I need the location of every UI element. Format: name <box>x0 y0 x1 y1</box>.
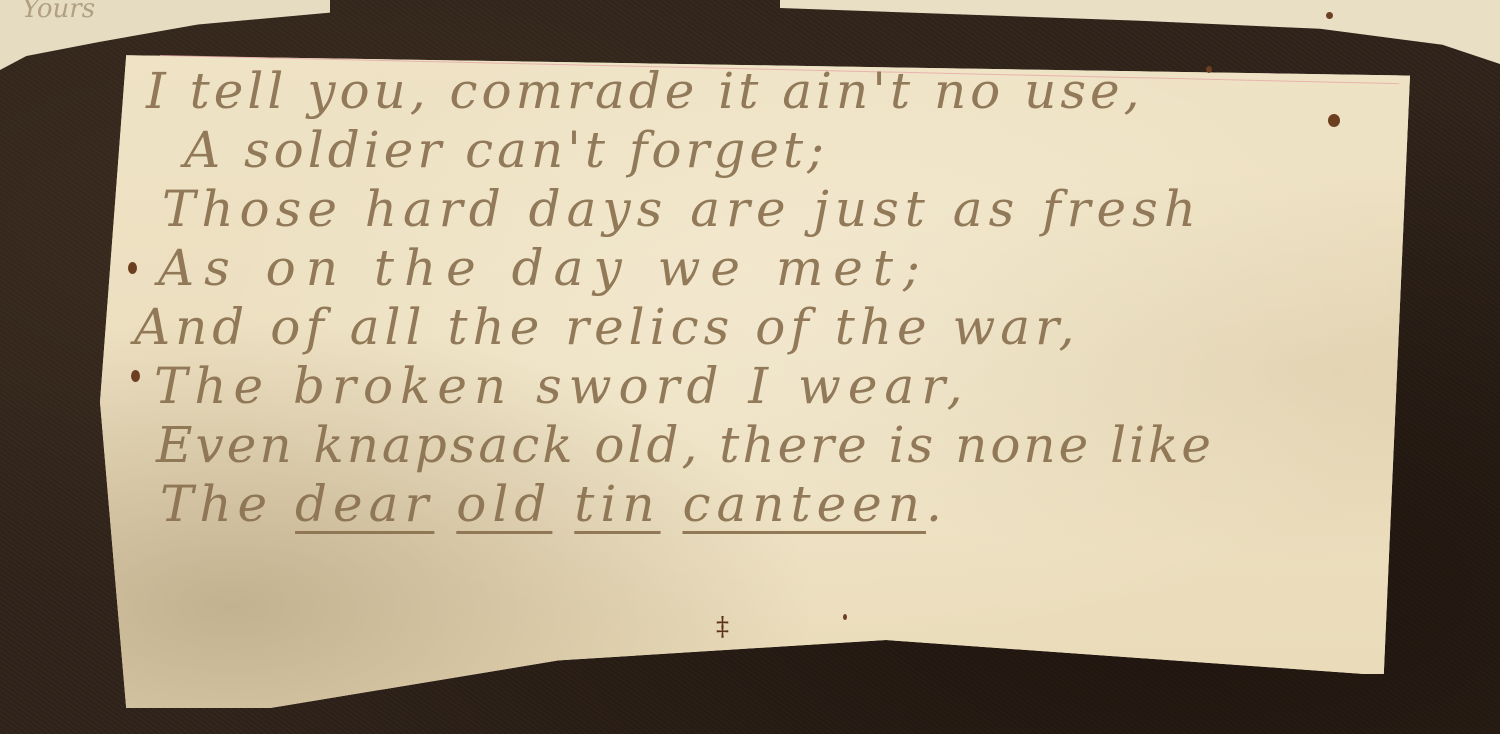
poem-line-2: A soldier can't forget; <box>184 121 1370 180</box>
space <box>661 475 683 533</box>
space <box>434 475 456 533</box>
poem-line-4: As on the day we met; <box>158 239 1370 298</box>
word-old-underlined: old <box>456 475 552 533</box>
poem-line-7: Even knapsack old, there is none like <box>156 416 1370 475</box>
rust-spot <box>128 262 137 274</box>
space <box>552 475 574 533</box>
word-the: The <box>160 475 295 533</box>
rust-spot <box>843 614 847 620</box>
word-canteen-underlined: canteen <box>682 475 926 533</box>
poem-line-6: The broken sword I wear, <box>154 357 1370 416</box>
period: . <box>926 475 948 533</box>
poem-line-8: The dear old tin canteen. <box>160 475 1370 534</box>
background-paper-scribble: Yours <box>22 0 95 24</box>
rust-spot <box>1326 12 1333 19</box>
footer-ink-mark: ‡ <box>716 612 729 642</box>
poem-line-3: Those hard days are just as fresh <box>162 180 1370 239</box>
word-dear-underlined: dear <box>295 475 434 533</box>
poem: I tell you, comrade it ain't no use, A s… <box>140 62 1370 534</box>
poem-line-1: I tell you, comrade it ain't no use, <box>146 62 1370 121</box>
word-tin-underlined: tin <box>574 475 660 533</box>
poem-line-5: And of all the relics of the war, <box>134 298 1370 357</box>
rust-spot <box>131 370 140 382</box>
